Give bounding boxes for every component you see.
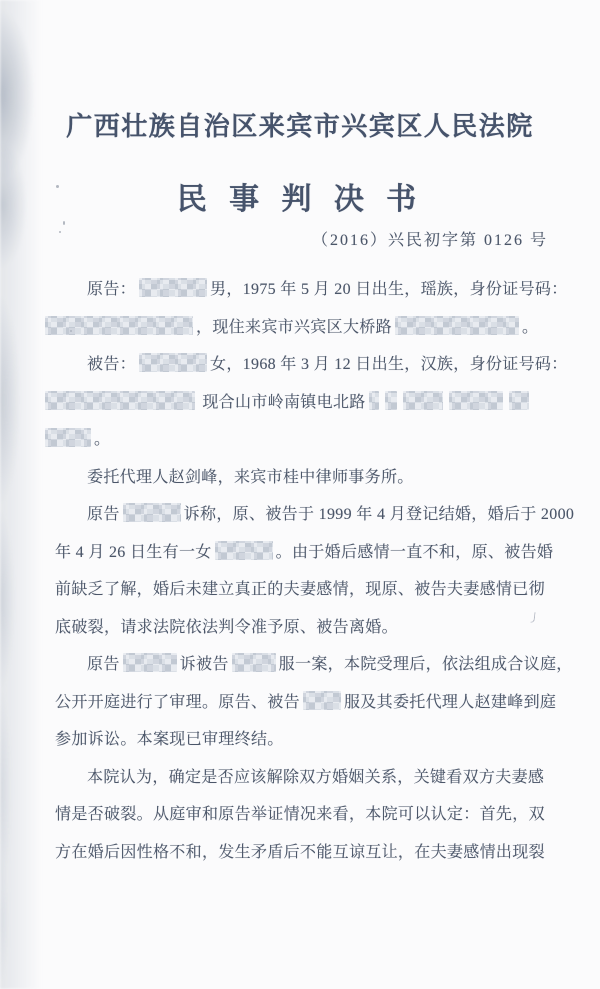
- document-title: 民 事 判 决 书: [0, 174, 600, 218]
- text-line: 现合山市岭南镇电北路: [55, 384, 552, 422]
- ink-speck: [56, 185, 59, 188]
- ink-speck: [59, 231, 61, 233]
- text-segment: 原告: [87, 506, 120, 523]
- document-body: 原告：男，1975 年 5 月 20 日出生，瑶族，身份证号码：，现住来宾市兴宾…: [55, 271, 552, 871]
- text-line: ，现住来宾市兴宾区大桥路。: [55, 309, 552, 347]
- text-segment: 底破裂，请求法院依法判令准予原、被告离婚。: [55, 619, 398, 636]
- text-line: 本院认为，确定是否应该解除双方婚姻关系，关键看双方夫妻感: [55, 759, 552, 797]
- text-segment: 。: [94, 431, 110, 448]
- text-segment: 公开开庭进行了审理。原告、被告: [55, 694, 300, 711]
- redaction-block: [139, 278, 207, 297]
- case-number: （2016）兴民初字第 0126 号: [312, 227, 548, 250]
- text-segment: 男，1975 年 5 月 20 日出生，瑶族，身份证号码：: [210, 281, 568, 298]
- text-segment: 现合山市岭南镇电北路: [198, 394, 366, 411]
- redaction-block: [369, 391, 379, 410]
- text-segment: 本院认为，确定是否应该解除双方婚姻关系，关键看双方夫妻感: [87, 769, 544, 786]
- court-name: 广西壮族自治区来宾市兴宾区人民法院: [0, 106, 600, 143]
- redaction-block: [45, 391, 195, 410]
- text-line: 年 4 月 26 日生有一女。由于婚后感情一直不和，原、被告婚: [55, 534, 552, 572]
- text-line: 前缺乏了解，婚后未建立真正的夫妻感情，现原、被告夫妻感情已彻: [55, 571, 552, 609]
- text-line: 底破裂，请求法院依法判令准予原、被告离婚。: [55, 609, 552, 647]
- text-segment: 诉称，原、被告于 1999 年 4 月登记结婚，婚后于 2000: [184, 506, 575, 523]
- text-line: 。: [55, 421, 552, 459]
- redaction-block: [395, 316, 519, 335]
- text-line: 被告：女，1968 年 3 月 12 日出生，汉族，身份证号码：: [55, 346, 552, 384]
- text-segment: 方在婚后因性格不和，发生矛盾后不能互谅互让，在夫妻感情出现裂: [55, 844, 545, 861]
- redaction-block: [215, 541, 273, 560]
- redaction-block: [509, 391, 529, 410]
- redaction-block: [303, 691, 341, 710]
- text-segment: 女，1968 年 3 月 12 日出生，汉族，身份证号码：: [210, 356, 568, 373]
- text-line: 参加诉讼。本案现已审理终结。: [55, 721, 552, 759]
- text-segment: 委托代理人赵剑峰，来宾市桂中律师事务所。: [87, 469, 414, 486]
- text-segment: 。由于婚后感情一直不和，原、被告婚: [276, 544, 554, 561]
- text-line: 公开开庭进行了审理。原告、被告服及其委托代理人赵建峰到庭: [55, 684, 552, 722]
- text-segment: 服及其委托代理人赵建峰到庭: [344, 694, 556, 711]
- text-segment: 情是否破裂。从庭审和原告举证情况来看，本院可以认定：首先，双: [55, 806, 545, 823]
- text-segment: 年 4 月 26 日生有一女: [55, 544, 212, 561]
- text-segment: 前缺乏了解，婚后未建立真正的夫妻感情，现原、被告夫妻感情已彻: [55, 581, 545, 598]
- ink-speck: [63, 221, 65, 225]
- redaction-block: [45, 428, 91, 447]
- text-line: 原告诉称，原、被告于 1999 年 4 月登记结婚，婚后于 2000: [55, 496, 552, 534]
- text-line: 情是否破裂。从庭审和原告举证情况来看，本院可以认定：首先，双: [55, 796, 552, 834]
- text-segment: 服一案，本院受理后，依法组成合议庭，: [279, 656, 573, 673]
- text-line: 委托代理人赵剑峰，来宾市桂中律师事务所。: [55, 459, 552, 497]
- redaction-block: [385, 391, 397, 410]
- redaction-block: [123, 653, 177, 672]
- text-line: 原告诉被告服一案，本院受理后，依法组成合议庭，: [55, 646, 552, 684]
- redaction-block: [123, 503, 181, 522]
- redaction-block: [45, 316, 193, 335]
- text-segment: 参加诉讼。本案现已审理终结。: [55, 731, 284, 748]
- ink-speck: [70, 330, 72, 332]
- redaction-block: [403, 391, 443, 410]
- redaction-block: [139, 353, 207, 372]
- text-segment: 原告：: [87, 281, 136, 298]
- text-segment: 诉被告: [180, 656, 229, 673]
- redaction-block: [232, 653, 276, 672]
- text-segment: ，现住来宾市兴宾区大桥路: [196, 319, 392, 336]
- text-segment: 被告：: [87, 356, 136, 373]
- scanned-judgment-page: 广西壮族自治区来宾市兴宾区人民法院 民 事 判 决 书 （2016）兴民初字第 …: [0, 0, 600, 989]
- redaction-block: [449, 391, 503, 410]
- text-line: 原告：男，1975 年 5 月 20 日出生，瑶族，身份证号码：: [55, 271, 552, 309]
- text-segment: 原告: [87, 656, 120, 673]
- text-segment: 。: [522, 319, 538, 336]
- text-line: 方在婚后因性格不和，发生矛盾后不能互谅互让，在夫妻感情出现裂: [55, 834, 552, 872]
